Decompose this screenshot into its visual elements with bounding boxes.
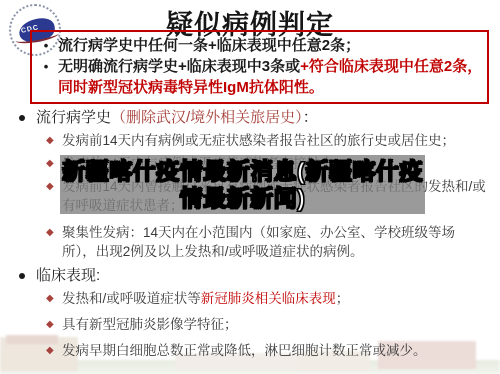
slide-content: 流行病学史（删除武汉/境外相关旅居史）： ◆ 发病前14天内有病例或无症状感染者…: [0, 107, 500, 367]
epi-item-cluster: ◆ 聚集性发病：14天内在小范围内（如家庭、办公室、学校班级等场所），出现2例及…: [0, 223, 500, 261]
bullet-dot-icon: •: [34, 35, 58, 56]
diamond-bullet-icon: ◆: [46, 341, 62, 360]
diamond-bullet-icon: ◆: [46, 131, 62, 150]
clinical-heading-text: 临床表现:: [36, 265, 100, 286]
criteria-item-1-text: 流行病学史中任何一条+临床表现中任意2条；: [58, 35, 360, 56]
clinical-item-1-text: 发热和/或呼吸道症状等新冠肺炎相关临床表现；: [62, 289, 349, 308]
epi-heading-note: （删除武汉/境外相关旅居史）: [111, 109, 303, 126]
slide: CDC 疑似病例判定 • 流行病学史中任何一条+临床表现中任意2条； • 无明确…: [0, 0, 500, 374]
bullet-dot-icon: •: [34, 56, 58, 98]
criteria-item-1: • 流行病学史中任何一条+临床表现中任意2条；: [34, 35, 483, 56]
epi-item-1-text: 发病前14天内有病例或无症状感染者报告社区的旅行史或居住史；: [62, 131, 455, 150]
criteria-item-2-text: 无明确流行病学史+临床表现中3条或+符合临床表现中任意2条，同时新型冠状病毒特异…: [58, 56, 483, 98]
clinical-item-symptoms: ◆ 发热和/或呼吸道症状等新冠肺炎相关临床表现；: [0, 289, 500, 308]
clinical-item-1-black: 发热和/或呼吸道症状等: [62, 291, 201, 306]
clinical-section: 临床表现: ◆ 发热和/或呼吸道症状等新冠肺炎相关临床表现； ◆ 具有新型冠肺炎…: [0, 265, 500, 360]
epi-heading-main: 流行病学史: [36, 109, 111, 126]
headline-line-2: 情最新新闻): [180, 185, 306, 212]
clinical-item-3-text: 发病早期白细胞总数正常或降低，淋巴细胞计数正常或减少。: [62, 341, 427, 360]
diamond-bullet-icon: ◆: [46, 289, 62, 308]
epi-heading-colon: ：: [303, 109, 318, 126]
epi-item-travel-history: ◆ 发病前14天内有病例或无症状感染者报告社区的旅行史或居住史；: [0, 131, 500, 150]
epidemiology-heading: 流行病学史（删除武汉/境外相关旅居史）：: [0, 107, 500, 128]
criteria-box: • 流行病学史中任何一条+临床表现中任意2条； • 无明确流行病学史+临床表现中…: [30, 30, 489, 104]
criteria-item-2-black: 无明确流行病学史+临床表现中3条或: [58, 58, 300, 75]
epidemiology-heading-text: 流行病学史（删除武汉/境外相关旅居史）：: [36, 107, 318, 128]
clinical-item-1-tail: ；: [336, 291, 350, 306]
clinical-item-2-text: 具有新型冠肺炎影像学特征；: [62, 315, 238, 334]
headline-line-1: 新疆喀什疫情最新消息(新疆喀什疫: [62, 158, 423, 185]
clinical-item-imaging: ◆ 具有新型冠肺炎影像学特征；: [0, 315, 500, 334]
diamond-bullet-icon: ◆: [46, 223, 62, 242]
clinical-item-bloodcount: ◆ 发病早期白细胞总数正常或降低，淋巴细胞计数正常或减少。: [0, 341, 500, 360]
criteria-item-2: • 无明确流行病学史+临床表现中3条或+符合临床表现中任意2条，同时新型冠状病毒…: [34, 56, 483, 98]
clinical-item-1-red: 新冠肺炎相关临床表现: [201, 291, 336, 306]
diamond-bullet-icon: ◆: [46, 315, 62, 334]
news-headline-overlay: 新疆喀什疫情最新消息(新疆喀什疫 情最新新闻): [60, 155, 425, 214]
epi-item-4-text: 聚集性发病：14天内在小范围内（如家庭、办公室、学校班级等场所），出现2例及以上…: [62, 223, 486, 261]
clinical-heading: 临床表现:: [0, 265, 500, 286]
